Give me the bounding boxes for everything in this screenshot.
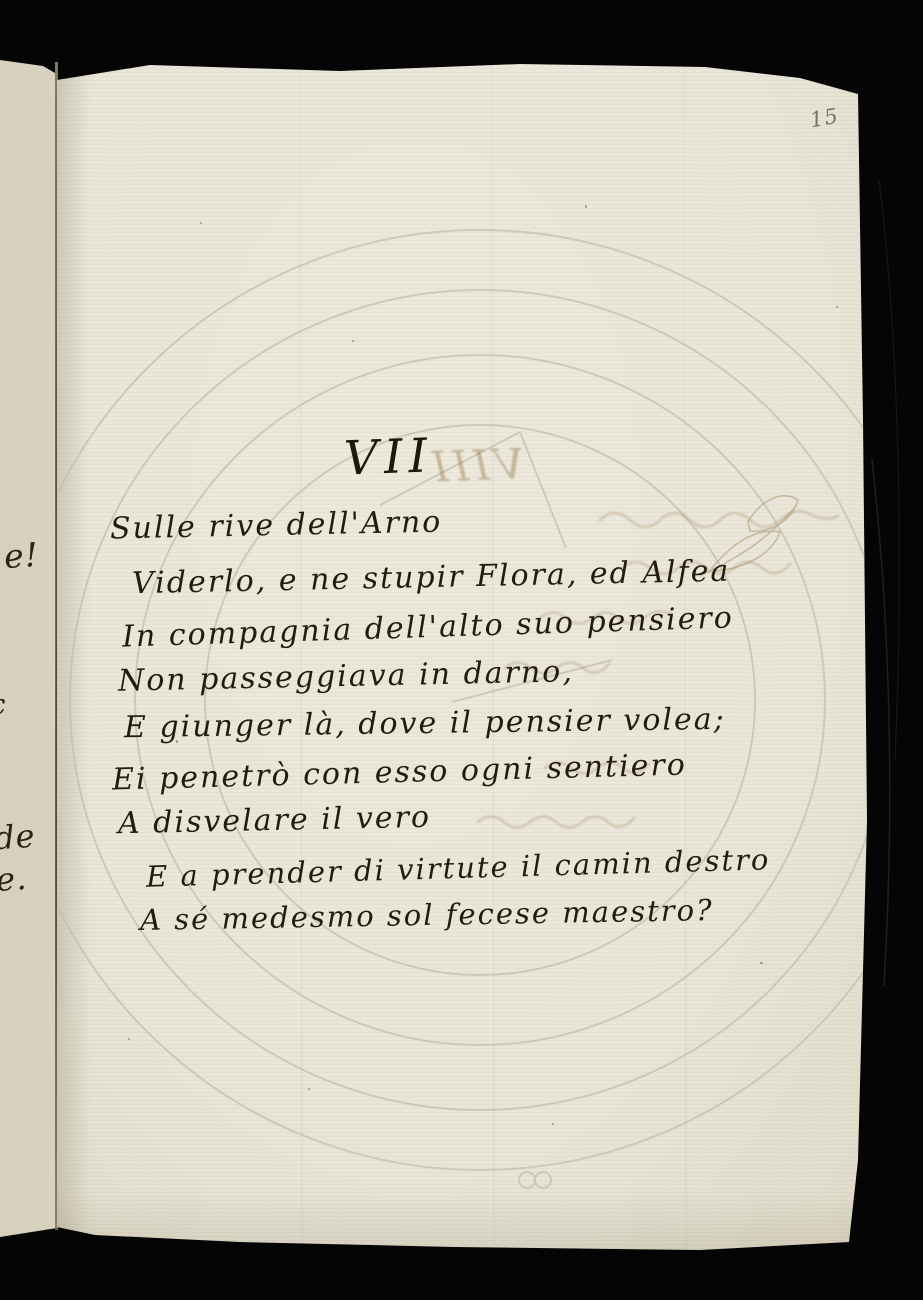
page-bottom-shadow: [57, 1190, 857, 1252]
poem-line: Non passeggiava in darno,: [118, 654, 575, 699]
dust-speck: [176, 740, 178, 743]
photo-background: e! c de e.: [0, 0, 923, 1300]
bleedthrough-heading: VIII: [427, 439, 525, 491]
dust-speck: [128, 1038, 130, 1040]
gutter-shadow: [57, 60, 91, 1240]
poem-line: Ei penetrò con esso ogni sentiero: [112, 747, 688, 797]
dust-speck: [836, 306, 838, 308]
dust-speck: [552, 1123, 554, 1125]
section-heading: VII: [343, 428, 434, 486]
page-number: 15: [808, 104, 840, 133]
poem-line: A disvelare il vero: [118, 800, 432, 842]
facing-page-text-fragment: e!: [3, 535, 40, 576]
poem-line: E giunger là, dove il pensier volea;: [124, 702, 726, 745]
dust-speck: [308, 1088, 310, 1090]
poem-line: E a prender di virtute il camin destro: [146, 842, 771, 893]
dust-speck: [760, 962, 763, 964]
facing-page-text-fragment: c: [0, 687, 8, 721]
dust-speck: [585, 205, 587, 208]
poem-line: Sulle rive dell'Arno: [110, 505, 443, 547]
dust-speck: [352, 340, 354, 342]
poem-line: Viderlo, e ne stupir Flora, ed Alfea: [132, 554, 731, 602]
dust-speck: [200, 222, 202, 224]
poem-line: In compagnia dell'alto suo pensiero: [122, 600, 735, 654]
poem-line: A sé medesmo sol fecese maestro?: [140, 893, 714, 937]
facing-page-text-fragment: de: [0, 817, 37, 858]
facing-page-text-fragment: e.: [0, 859, 28, 899]
manuscript-page: VIII VII Sulle rive dell'Arno Viderlo, e…: [0, 0, 923, 1300]
